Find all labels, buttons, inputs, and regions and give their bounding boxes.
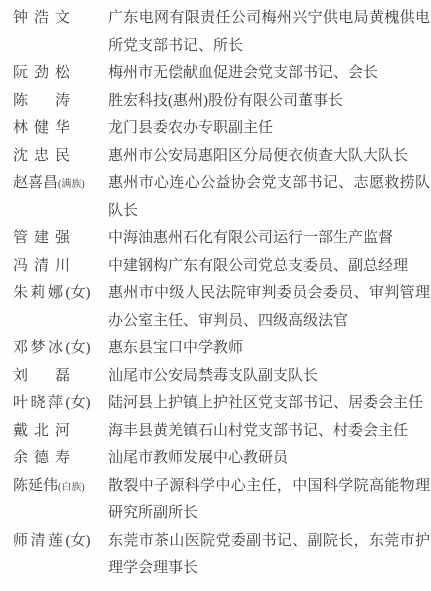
person-title: 汕尾市教师发展中心教研员 (108, 445, 430, 473)
person-name-paren: (女) (66, 340, 91, 356)
person-name-text: 陈延伟 (13, 478, 58, 494)
person-name-text: 戴北河 (13, 418, 70, 446)
person-name-text: 余德寿 (13, 445, 70, 473)
person-title: 惠州市心连心公益协会党支部书记、志愿救捞队队长 (108, 170, 430, 225)
person-name-text: 赵喜昌 (13, 175, 58, 191)
person-name-text: 沈忠民 (13, 143, 70, 171)
list-item: 林健华 龙门县委农办专职副主任 (13, 115, 431, 143)
person-title: 惠州市公安局惠阳区分局便衣侦查大队大队长 (108, 143, 430, 171)
list-item: 阮劲松 梅州市无偿献血促进会党支部书记、会长 (13, 60, 431, 88)
person-name-text: 朱莉娜 (13, 285, 66, 301)
person-name: 赵喜昌(满族) (13, 170, 108, 199)
person-title: 陆河县上护镇上护社区党支部书记、居委会主任 (108, 390, 430, 418)
list-item: 戴北河 海丰县黄羌镇石山村党支部书记、村委会主任 (13, 418, 431, 446)
person-name: 戴北河 (13, 418, 108, 446)
person-name-paren: (白族) (58, 482, 85, 493)
list-item: 叶晓萍(女) 陆河县上护镇上护社区党支部书记、居委会主任 (13, 390, 431, 418)
person-name: 冯清川 (13, 253, 108, 281)
person-name: 邓梦冰(女) (13, 335, 108, 363)
person-name-text: 冯清川 (13, 253, 70, 281)
person-title: 龙门县委农办专职副主任 (108, 115, 430, 143)
person-name: 沈忠民 (13, 143, 108, 171)
person-name-paren: (女) (66, 533, 91, 549)
person-name-text: 管建强 (13, 225, 70, 253)
person-name: 朱莉娜(女) (13, 280, 108, 308)
person-title: 东莞市茶山医院党委副书记、副院长，东莞市护理学会理事长 (108, 528, 430, 583)
person-title: 中建钢构广东有限公司党总支委员、副总经理 (108, 253, 430, 281)
person-title: 惠东县宝口中学教师 (108, 335, 430, 363)
person-name: 管建强 (13, 225, 108, 253)
person-title: 海丰县黄羌镇石山村党支部书记、村委会主任 (108, 418, 430, 446)
list-item: 邓梦冰(女) 惠东县宝口中学教师 (13, 335, 431, 363)
person-name: 陈涛 (13, 88, 108, 116)
list-item: 余德寿 汕尾市教师发展中心教研员 (13, 445, 431, 473)
person-title: 梅州市无偿献血促进会党支部书记、会长 (108, 60, 430, 88)
person-name-text: 刘磊 (13, 363, 70, 391)
person-name: 阮劲松 (13, 60, 108, 88)
list-item: 刘磊 汕尾市公安局禁毒支队副支队长 (13, 363, 431, 391)
list-item: 陈延伟(白族) 散裂中子源科学中心主任，中国科学院高能物理研究所副所长 (13, 473, 431, 528)
document-page: 钟浩文 广东电网有限责任公司梅州兴宁供电局黄槐供电所党支部书记、所长 阮劲松 梅… (0, 0, 431, 591)
honor-roster-list: 钟浩文 广东电网有限责任公司梅州兴宁供电局黄槐供电所党支部书记、所长 阮劲松 梅… (13, 5, 431, 583)
person-name: 陈延伟(白族) (13, 473, 108, 502)
person-name: 刘磊 (13, 363, 108, 391)
person-name-text: 陈涛 (13, 88, 70, 116)
person-name-text: 阮劲松 (13, 60, 70, 88)
person-name: 叶晓萍(女) (13, 390, 108, 418)
person-name-text: 师清莲 (13, 533, 66, 549)
list-item: 冯清川 中建钢构广东有限公司党总支委员、副总经理 (13, 253, 431, 281)
person-name-paren: (女) (66, 395, 91, 411)
person-name: 林健华 (13, 115, 108, 143)
person-title: 中海油惠州石化有限公司运行一部生产监督 (108, 225, 430, 253)
person-title: 胜宏科技(惠州)股份有限公司董事长 (108, 88, 430, 116)
person-name-text: 钟浩文 (13, 5, 70, 33)
list-item: 赵喜昌(满族) 惠州市心连心公益协会党支部书记、志愿救捞队队长 (13, 170, 431, 225)
person-name: 余德寿 (13, 445, 108, 473)
person-name-paren: (满族) (58, 179, 85, 190)
list-item: 朱莉娜(女) 惠州市中级人民法院审判委员会委员、审判管理办公室主任、审判员、四级… (13, 280, 431, 335)
person-title: 广东电网有限责任公司梅州兴宁供电局黄槐供电所党支部书记、所长 (108, 5, 430, 60)
list-item: 沈忠民 惠州市公安局惠阳区分局便衣侦查大队大队长 (13, 143, 431, 171)
person-name-text: 叶晓萍 (13, 395, 66, 411)
list-item: 陈涛 胜宏科技(惠州)股份有限公司董事长 (13, 88, 431, 116)
person-title: 散裂中子源科学中心主任，中国科学院高能物理研究所副所长 (108, 473, 430, 528)
person-name-paren: (女) (66, 285, 91, 301)
person-name: 师清莲(女) (13, 528, 108, 556)
person-name: 钟浩文 (13, 5, 108, 33)
list-item: 钟浩文 广东电网有限责任公司梅州兴宁供电局黄槐供电所党支部书记、所长 (13, 5, 431, 60)
person-title: 惠州市中级人民法院审判委员会委员、审判管理办公室主任、审判员、四级高级法官 (108, 280, 430, 335)
person-title: 汕尾市公安局禁毒支队副支队长 (108, 363, 430, 391)
list-item: 管建强 中海油惠州石化有限公司运行一部生产监督 (13, 225, 431, 253)
person-name-text: 邓梦冰 (13, 340, 66, 356)
person-name-text: 林健华 (13, 115, 70, 143)
list-item: 师清莲(女) 东莞市茶山医院党委副书记、副院长，东莞市护理学会理事长 (13, 528, 431, 583)
